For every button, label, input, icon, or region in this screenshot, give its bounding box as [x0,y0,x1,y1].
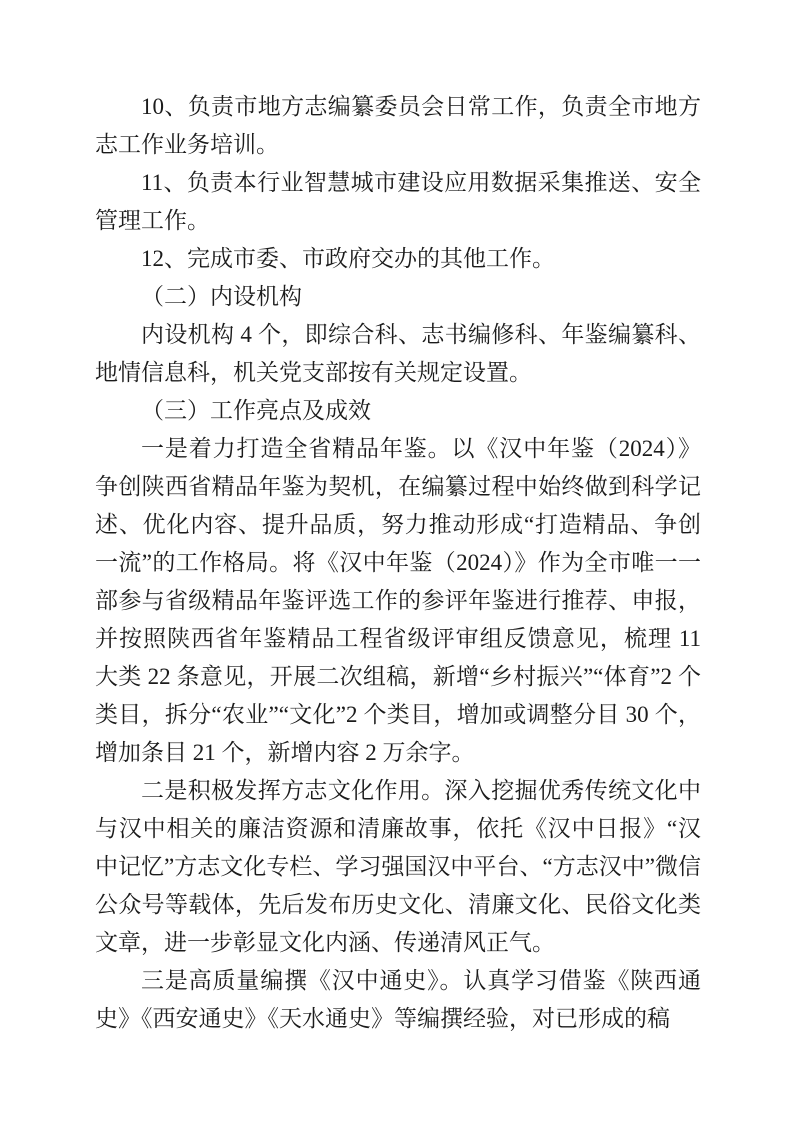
paragraph-lead: 三是高质量编撰《汉中通史》。 [141,968,463,994]
section-heading-internal-structure: （二）内设机构 [95,278,701,316]
paragraph-text: 以《汉中年鉴（2024）》争创陕西省精品年鉴为契机，在编纂过程中始终做到科学记述… [95,436,701,765]
paragraph-text: 10、负责市地方志编纂委员会日常工作，负责全市地方志工作业务培训。 [95,94,701,157]
paragraph-text: 内设机构 4 个，即综合科、志书编修科、年鉴编纂科、地情信息科，机关党支部按有关… [95,322,701,385]
highlight-paragraph-3: 三是高质量编撰《汉中通史》。认真学习借鉴《陕西通史》《西安通史》《天水通史》等编… [95,962,701,1038]
paragraph-lead: 一是着力打造全省精品年鉴。 [141,436,452,462]
highlight-paragraph-1: 一是着力打造全省精品年鉴。以《汉中年鉴（2024）》争创陕西省精品年鉴为契机，在… [95,430,701,772]
list-item-12: 12、完成市委、市政府交办的其他工作。 [95,240,701,278]
paragraph-text: 12、完成市委、市政府交办的其他工作。 [141,246,555,271]
highlight-paragraph-2: 二是积极发挥方志文化作用。深入挖掘优秀传统文化中与汉中相关的廉洁资源和清廉故事，… [95,772,701,962]
list-item-11: 11、负责本行业智慧城市建设应用数据采集推送、安全管理工作。 [95,164,701,240]
document-body: 10、负责市地方志编纂委员会日常工作，负责全市地方志工作业务培训。 11、负责本… [95,88,701,1038]
document-page: 10、负责市地方志编纂委员会日常工作，负责全市地方志工作业务培训。 11、负责本… [0,0,793,1122]
paragraph-lead: 二是积极发挥方志文化作用。 [141,778,445,804]
paragraph-text: 深入挖掘优秀传统文化中与汉中相关的廉洁资源和清廉故事，依托《汉中日报》“汉中记忆… [95,778,701,955]
section-heading-work-highlights: （三）工作亮点及成效 [95,392,701,430]
heading-text: （三）工作亮点及成效 [141,398,371,424]
heading-text: （二）内设机构 [141,284,302,310]
paragraph-text: 11、负责本行业智慧城市建设应用数据采集推送、安全管理工作。 [95,170,701,233]
list-item-10: 10、负责市地方志编纂委员会日常工作，负责全市地方志工作业务培训。 [95,88,701,164]
internal-structure-paragraph: 内设机构 4 个，即综合科、志书编修科、年鉴编纂科、地情信息科，机关党支部按有关… [95,316,701,392]
